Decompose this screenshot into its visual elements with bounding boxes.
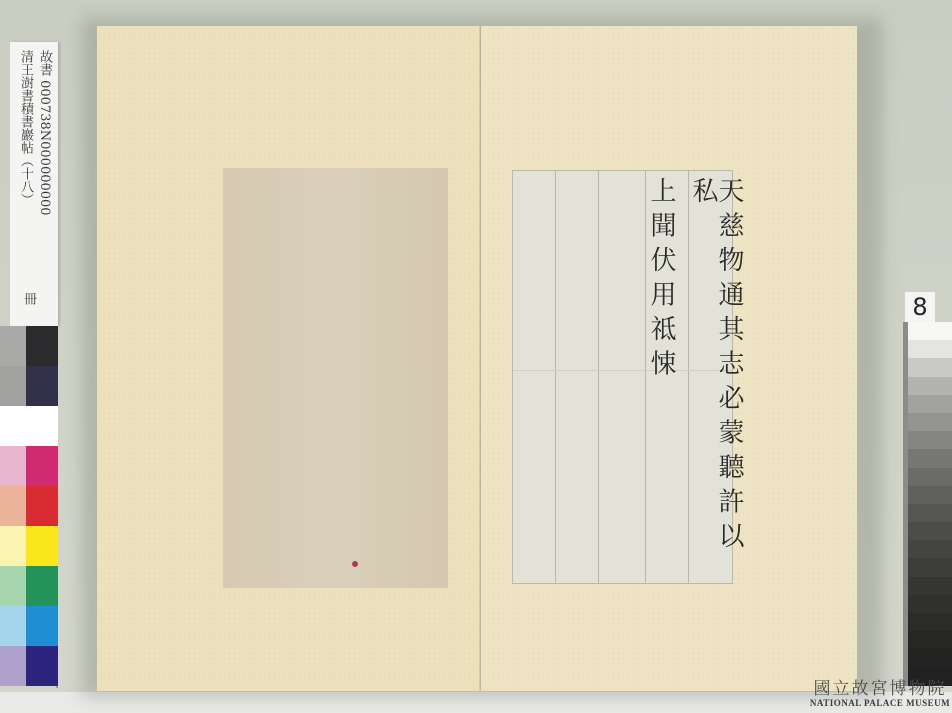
column-rule bbox=[598, 171, 599, 583]
gray-step bbox=[908, 413, 952, 431]
gray-step bbox=[908, 540, 952, 558]
color-swatch bbox=[26, 526, 58, 566]
gray-step bbox=[908, 486, 952, 504]
museum-name-en: NATIONAL PALACE MUSEUM bbox=[808, 698, 952, 708]
museum-logo: 國立故宮博物院 NATIONAL PALACE MUSEUM bbox=[808, 680, 952, 708]
gray-step bbox=[908, 449, 952, 467]
gray-step bbox=[908, 504, 952, 522]
color-swatch bbox=[0, 606, 26, 646]
gray-scale-label: 8 bbox=[905, 292, 935, 322]
catalog-label: 故書 000738N000000000 清王澍書積書巖帖（十八） 冊 bbox=[10, 42, 58, 326]
gray-step bbox=[908, 595, 952, 613]
catalog-title: 清王澍書積書巖帖（十八） bbox=[19, 50, 32, 206]
color-swatch bbox=[0, 366, 26, 406]
calligraphy-letter: 天慈物通其志必蒙聽許以私 上聞伏用祗悚 bbox=[512, 170, 733, 584]
gray-step bbox=[908, 358, 952, 376]
color-swatch bbox=[26, 646, 58, 686]
gray-step bbox=[908, 377, 952, 395]
gray-step bbox=[908, 577, 952, 595]
gray-step bbox=[908, 522, 952, 540]
gray-step bbox=[908, 431, 952, 449]
gray-step bbox=[908, 468, 952, 486]
color-swatch bbox=[26, 486, 58, 526]
gray-step bbox=[908, 631, 952, 649]
color-swatch bbox=[0, 646, 26, 686]
color-checker-chart bbox=[0, 326, 58, 688]
red-seal-mark bbox=[352, 561, 358, 567]
catalog-volume-unit: 冊 bbox=[19, 292, 38, 305]
gray-step bbox=[908, 613, 952, 631]
column-rule bbox=[688, 171, 689, 583]
gray-step bbox=[908, 558, 952, 576]
gray-step bbox=[908, 340, 952, 358]
gray-step bbox=[908, 649, 952, 667]
calligraphy-column-2: 上聞伏用祗悚 bbox=[648, 177, 674, 384]
column-rule bbox=[555, 171, 556, 583]
color-swatch bbox=[0, 446, 26, 486]
color-swatch bbox=[26, 566, 58, 606]
gray-step bbox=[908, 322, 952, 340]
color-swatch bbox=[0, 326, 26, 366]
color-swatch bbox=[26, 406, 58, 446]
color-swatch bbox=[0, 406, 26, 446]
gray-step bbox=[908, 395, 952, 413]
color-swatch bbox=[0, 566, 26, 606]
gray-scale-chart bbox=[903, 322, 952, 686]
color-swatch bbox=[26, 326, 58, 366]
color-swatch bbox=[26, 366, 58, 406]
color-swatch bbox=[0, 486, 26, 526]
color-swatch bbox=[0, 526, 26, 566]
museum-name-zh: 國立故宮博物院 bbox=[808, 680, 952, 698]
blank-mounted-leaf bbox=[223, 168, 448, 588]
catalog-number: 故書 000738N000000000 bbox=[38, 50, 51, 216]
color-swatch bbox=[26, 446, 58, 486]
calligraphy-column-1: 天慈物通其志必蒙聽許以私 bbox=[690, 177, 742, 583]
color-swatch bbox=[26, 606, 58, 646]
